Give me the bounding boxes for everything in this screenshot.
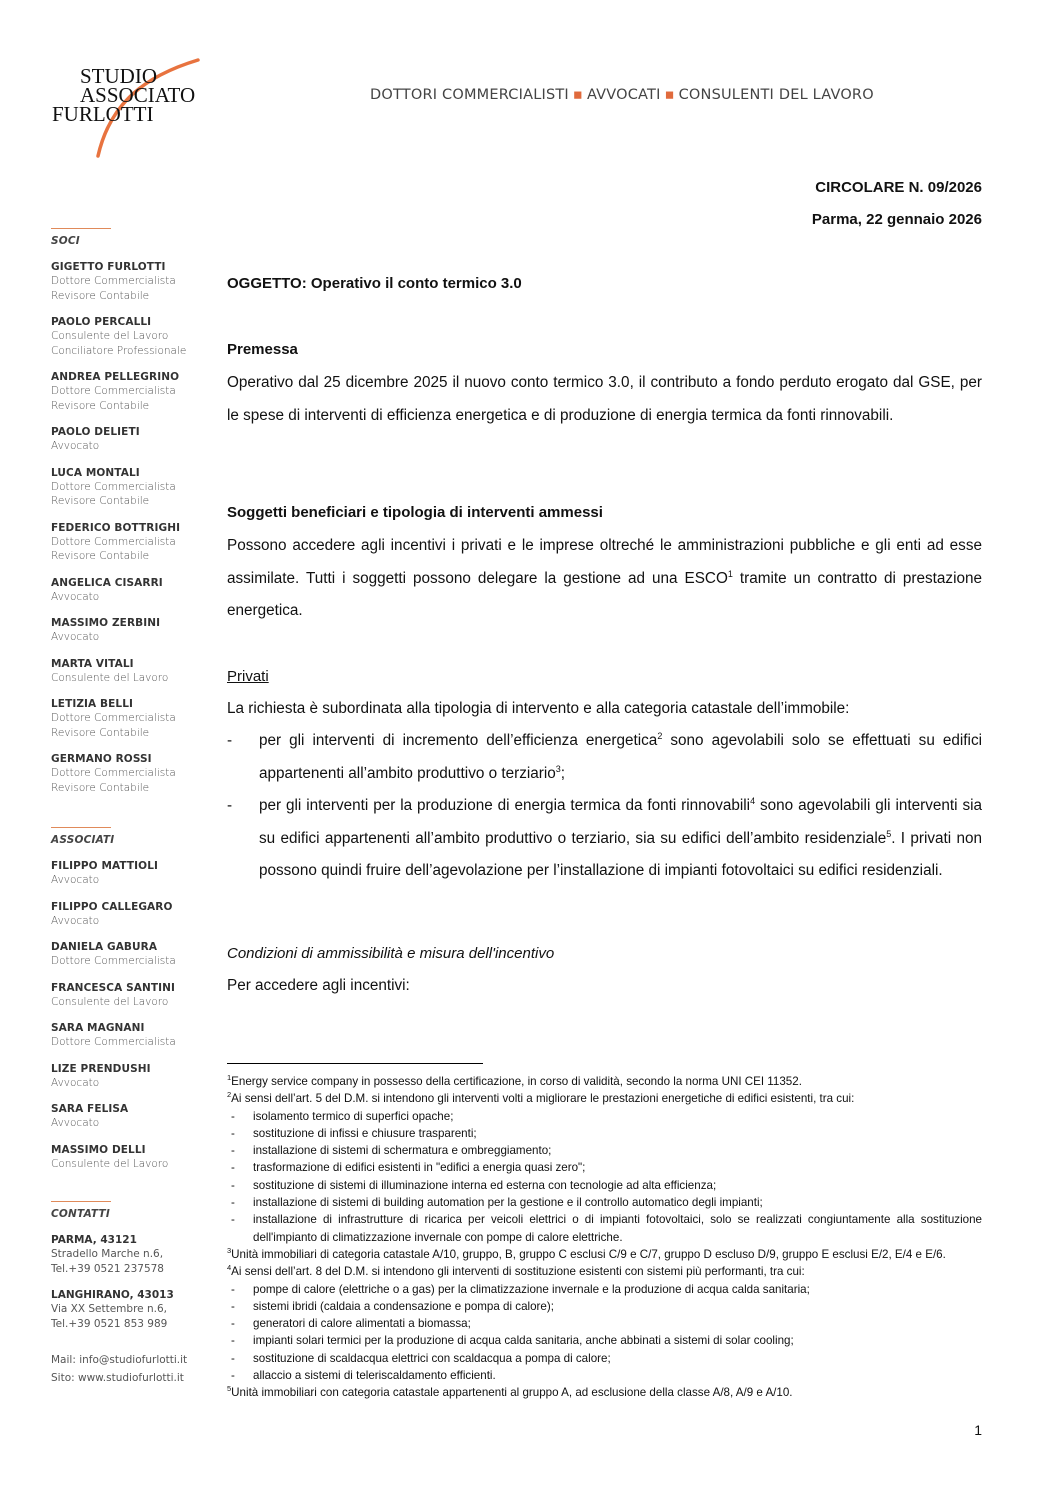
person-name: ANGELICA CISARRI <box>51 576 216 590</box>
person-role: Dottore Commercialista <box>51 1035 216 1050</box>
person-role: Avvocato <box>51 590 216 605</box>
footnote-list-item: sostituzione di sistemi di illuminazione… <box>227 1177 982 1194</box>
footnote-list-item: sistemi ibridi (caldaia a condensazione … <box>227 1298 982 1315</box>
person-role: Avvocato <box>51 439 216 454</box>
soci-list: GIGETTO FURLOTTIDottore CommercialistaRe… <box>51 260 216 795</box>
footnote-text: Energy service company in possesso della… <box>231 1075 802 1088</box>
footnote-3: 3Unità immobiliari di categoria catastal… <box>227 1246 982 1263</box>
footnotes: 1Energy service company in possesso dell… <box>227 1073 982 1402</box>
person-entry: SARA MAGNANIDottore Commercialista <box>51 1021 216 1050</box>
person-name: SARA MAGNANI <box>51 1021 216 1035</box>
associati-list: FILIPPO MATTIOLIAvvocatoFILIPPO CALLEGAR… <box>51 859 216 1171</box>
footnote-5: 5Unità immobiliari con categoria catasta… <box>227 1384 982 1401</box>
paragraph-premessa: Operativo dal 25 dicembre 2025 il nuovo … <box>227 367 982 432</box>
heading-condizioni: Condizioni di ammissibilità e misura del… <box>227 945 554 962</box>
person-entry: PAOLO DELIETIAvvocato <box>51 425 216 454</box>
person-name: LIZE PRENDUSHI <box>51 1062 216 1076</box>
person-role: Dottore Commercialista <box>51 954 216 969</box>
person-name: GERMANO ROSSI <box>51 752 216 766</box>
person-role: Dottore Commercialista <box>51 274 216 289</box>
person-role: Avvocato <box>51 914 216 929</box>
office-detail: Tel.+39 0521 237578 <box>51 1262 216 1277</box>
footnote-list-item: allaccio a sistemi di teleriscaldamento … <box>227 1367 982 1384</box>
list-item: - per gli interventi di incremento dell’… <box>227 725 982 790</box>
list-item: - per gli interventi per la produzione d… <box>227 790 982 888</box>
office-name: PARMA, 43121 <box>51 1233 216 1247</box>
footnote-list-item: isolamento termico di superfici opache; <box>227 1108 982 1125</box>
person-role: Dottore Commercialista <box>51 711 216 726</box>
person-name: MASSIMO DELLI <box>51 1143 216 1157</box>
person-entry: FRANCESCA SANTINIConsulente del Lavoro <box>51 981 216 1010</box>
office-contact: LANGHIRANO, 43013Via XX Settembre n.6,Te… <box>51 1288 216 1331</box>
footnote-text: Ai sensi dell’art. 8 del D.M. si intendo… <box>231 1265 805 1278</box>
dash-bullet-icon: - <box>227 725 232 758</box>
person-name: LETIZIA BELLI <box>51 697 216 711</box>
logo-line-furlotti: FURLOTTI <box>52 105 154 124</box>
footnote-list-item: installazione di sistemi di building aut… <box>227 1194 982 1211</box>
person-name: MASSIMO ZERBINI <box>51 616 216 630</box>
section-title-associati: ASSOCIATI <box>51 834 216 846</box>
dash-bullet-icon: - <box>227 790 232 823</box>
footnote-2: 2Ai sensi dell’art. 5 del D.M. si intend… <box>227 1090 982 1107</box>
person-role: Avvocato <box>51 630 216 645</box>
person-role: Revisore Contabile <box>51 289 216 304</box>
tagline-item: CONSULENTI DEL LAVORO <box>679 87 874 103</box>
footnote-list-item: generatori di calore alimentati a biomas… <box>227 1315 982 1332</box>
section-divider <box>51 827 111 828</box>
tagline-item: DOTTORI COMMERCIALISTI <box>370 87 569 103</box>
heading-soggetti: Soggetti beneficiari e tipologia di inte… <box>227 504 603 521</box>
document-subject: OGGETTO: Operativo il conto termico 3.0 <box>227 275 522 292</box>
person-name: FILIPPO CALLEGARO <box>51 900 216 914</box>
person-role: Revisore Contabile <box>51 726 216 741</box>
person-entry: DANIELA GABURADottore Commercialista <box>51 940 216 969</box>
office-detail: Via XX Settembre n.6, <box>51 1302 216 1317</box>
person-role: Avvocato <box>51 873 216 888</box>
person-role: Dottore Commercialista <box>51 535 216 550</box>
person-name: SARA FELISA <box>51 1102 216 1116</box>
person-role: Consulente del Lavoro <box>51 995 216 1010</box>
footnote-text: Unità immobiliari con categoria catastal… <box>231 1386 792 1399</box>
person-entry: FILIPPO MATTIOLIAvvocato <box>51 859 216 888</box>
separator-dot-icon: ▪ <box>573 87 583 103</box>
footnote-list-item: sostituzione di scaldacqua elettrici con… <box>227 1350 982 1367</box>
circolare-number: CIRCOLARE N. 09/2026 <box>815 179 982 196</box>
person-entry: GERMANO ROSSIDottore CommercialistaRevis… <box>51 752 216 795</box>
footnote-separator <box>227 1063 483 1064</box>
person-entry: SARA FELISAAvvocato <box>51 1102 216 1131</box>
studio-logo: STUDIO ASSOCIATO FURLOTTI <box>50 58 220 158</box>
text-span: per gli interventi per la produzione di … <box>259 797 750 814</box>
office-detail: Tel.+39 0521 853 989 <box>51 1317 216 1332</box>
footnote-text: Ai sensi dell’art. 5 del D.M. si intendo… <box>231 1092 854 1105</box>
person-role: Consulente del Lavoro <box>51 329 216 344</box>
text-span: ; <box>561 765 565 782</box>
footnote-4: 4Ai sensi dell’art. 8 del D.M. si intend… <box>227 1263 982 1280</box>
person-role: Revisore Contabile <box>51 494 216 509</box>
paragraph-condizioni-intro: Per accedere agli incentivi: <box>227 970 982 1003</box>
person-role: Avvocato <box>51 1076 216 1091</box>
person-name: FRANCESCA SANTINI <box>51 981 216 995</box>
section-title-contatti: CONTATTI <box>51 1208 216 1220</box>
person-role: Dottore Commercialista <box>51 384 216 399</box>
person-entry: FILIPPO CALLEGAROAvvocato <box>51 900 216 929</box>
person-entry: MASSIMO DELLIConsulente del Lavoro <box>51 1143 216 1172</box>
page-number: 1 <box>974 1422 982 1438</box>
footnote-list-item: impianti solari termici per la produzion… <box>227 1332 982 1349</box>
office-contact: PARMA, 43121Stradello Marche n.6,Tel.+39… <box>51 1233 216 1276</box>
person-name: MARTA VITALI <box>51 657 216 671</box>
person-entry: FEDERICO BOTTRIGHIDottore Commercialista… <box>51 521 216 564</box>
header-tagline: DOTTORI COMMERCIALISTI▪AVVOCATI▪CONSULEN… <box>370 87 874 103</box>
sidebar: SOCI GIGETTO FURLOTTIDottore Commerciali… <box>51 228 216 1407</box>
footnote-list-item: sostituzione di infissi e chiusure trasp… <box>227 1125 982 1142</box>
footnote-list-item: pompe di calore (elettriche o a gas) per… <box>227 1281 982 1298</box>
footnote-list-item: trasformazione di edifici esistenti in "… <box>227 1159 982 1176</box>
person-entry: LUCA MONTALIDottore CommercialistaReviso… <box>51 466 216 509</box>
person-role: Dottore Commercialista <box>51 480 216 495</box>
soci-section: SOCI GIGETTO FURLOTTIDottore Commerciali… <box>51 228 216 795</box>
person-name: DANIELA GABURA <box>51 940 216 954</box>
footnote-text: Unità immobiliari di categoria catastale… <box>231 1248 946 1261</box>
person-entry: ANGELICA CISARRIAvvocato <box>51 576 216 605</box>
section-divider <box>51 1201 111 1202</box>
contact-website-link[interactable]: Sito: www.studiofurlotti.it <box>51 1369 216 1387</box>
person-name: FEDERICO BOTTRIGHI <box>51 521 216 535</box>
person-role: Consulente del Lavoro <box>51 1157 216 1172</box>
office-detail: Stradello Marche n.6, <box>51 1247 216 1262</box>
heading-premessa: Premessa <box>227 341 298 358</box>
person-role: Consulente del Lavoro <box>51 671 216 686</box>
section-divider <box>51 228 111 229</box>
person-entry: PAOLO PERCALLIConsulente del LavoroConci… <box>51 315 216 358</box>
section-title-soci: SOCI <box>51 235 216 247</box>
person-role: Conciliatore Professionale <box>51 344 216 359</box>
text-span: per gli interventi di incremento dell’ef… <box>259 732 657 749</box>
footnote-2-list: isolamento termico di superfici opache;s… <box>227 1108 982 1246</box>
person-name: GIGETTO FURLOTTI <box>51 260 216 274</box>
person-name: LUCA MONTALI <box>51 466 216 480</box>
associati-section: ASSOCIATI FILIPPO MATTIOLIAvvocatoFILIPP… <box>51 827 216 1171</box>
footnote-4-list: pompe di calore (elettriche o a gas) per… <box>227 1281 982 1385</box>
person-entry: LETIZIA BELLIDottore CommercialistaRevis… <box>51 697 216 740</box>
person-role: Avvocato <box>51 1116 216 1131</box>
person-name: PAOLO DELIETI <box>51 425 216 439</box>
footnote-1: 1Energy service company in possesso dell… <box>227 1073 982 1090</box>
person-name: ANDREA PELLEGRINO <box>51 370 216 384</box>
footnote-list-item: installazione di sistemi di schermatura … <box>227 1142 982 1159</box>
person-role: Revisore Contabile <box>51 399 216 414</box>
person-role: Dottore Commercialista <box>51 766 216 781</box>
heading-privati: Privati <box>227 668 269 685</box>
separator-dot-icon: ▪ <box>665 87 675 103</box>
person-entry: MARTA VITALIConsulente del Lavoro <box>51 657 216 686</box>
tagline-item: AVVOCATI <box>587 87 661 103</box>
paragraph-privati-intro: La richiesta è subordinata alla tipologi… <box>227 693 982 726</box>
person-entry: LIZE PRENDUSHIAvvocato <box>51 1062 216 1091</box>
person-name: PAOLO PERCALLI <box>51 315 216 329</box>
person-name: FILIPPO MATTIOLI <box>51 859 216 873</box>
list-item-text: per gli interventi per la produzione di … <box>259 790 982 888</box>
contact-email-link[interactable]: Mail: info@studiofurlotti.it <box>51 1351 216 1369</box>
footnote-list-item: installazione di infrastrutture di ricar… <box>227 1211 982 1246</box>
person-entry: GIGETTO FURLOTTIDottore CommercialistaRe… <box>51 260 216 303</box>
person-entry: MASSIMO ZERBINIAvvocato <box>51 616 216 645</box>
list-item-text: per gli interventi di incremento dell’ef… <box>259 725 982 790</box>
person-entry: ANDREA PELLEGRINODottore CommercialistaR… <box>51 370 216 413</box>
person-role: Revisore Contabile <box>51 549 216 564</box>
person-role: Revisore Contabile <box>51 781 216 796</box>
document-date: Parma, 22 gennaio 2026 <box>812 211 982 228</box>
contatti-section: CONTATTI PARMA, 43121Stradello Marche n.… <box>51 1201 216 1387</box>
office-name: LANGHIRANO, 43013 <box>51 1288 216 1302</box>
contatti-list: PARMA, 43121Stradello Marche n.6,Tel.+39… <box>51 1233 216 1331</box>
paragraph-soggetti: Possono accedere agli incentivi i privat… <box>227 530 982 628</box>
